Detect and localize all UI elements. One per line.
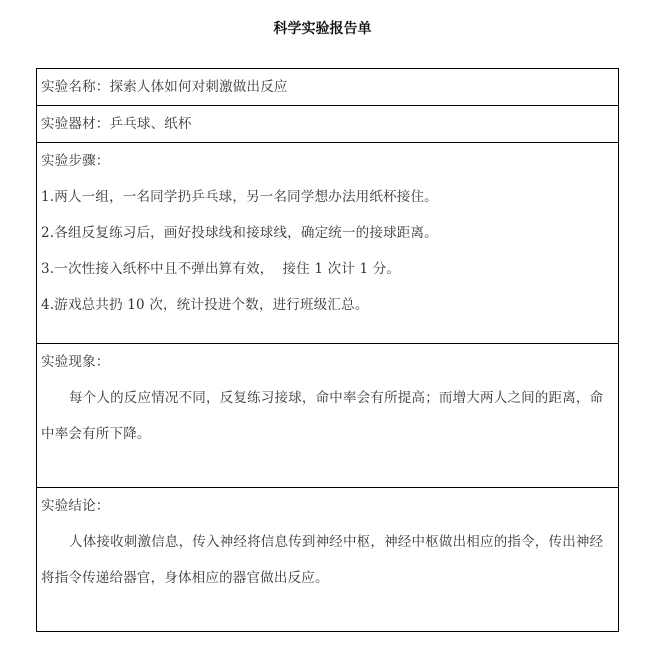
experiment-equipment-value: 乒乓球、纸杯 [110, 116, 192, 132]
experiment-steps-label: 实验步骤： [41, 143, 614, 179]
experiment-phenomenon-label: 实验现象： [41, 344, 614, 380]
experiment-conclusion-text: 人体接收刺激信息，传入神经将信息传到神经中枢，神经中枢做出相应的指令，传出神经将… [41, 524, 614, 596]
experiment-phenomenon-text: 每个人的反应情况不同，反复练习接球，命中率会有所提高；而增大两人之间的距离，命中… [41, 380, 614, 452]
experiment-conclusion-label: 实验结论： [41, 488, 614, 524]
experiment-equipment-label: 实验器材： [41, 116, 110, 132]
experiment-equipment-row: 实验器材：乒乓球、纸杯 [37, 106, 618, 143]
step-item-3: 3.一次性接入纸杯中且不弹出算有效， 接住 1 次计 1 分。 [41, 251, 614, 287]
experiment-phenomenon-row: 实验现象： 每个人的反应情况不同，反复练习接球，命中率会有所提高；而增大两人之间… [37, 344, 618, 488]
experiment-name-row: 实验名称：探索人体如何对刺激做出反应 [37, 69, 618, 106]
experiment-steps-row: 实验步骤： 1.两人一组，一名同学扔乒乓球，另一名同学想办法用纸杯接住。 2.各… [37, 143, 618, 344]
step-item-2: 2.各组反复练习后，画好投球线和接球线，确定统一的接球距离。 [41, 215, 614, 251]
experiment-name-label: 实验名称： [41, 79, 110, 95]
experiment-name-value: 探索人体如何对刺激做出反应 [110, 79, 288, 95]
step-item-1: 1.两人一组，一名同学扔乒乓球，另一名同学想办法用纸杯接住。 [41, 179, 614, 215]
report-table: 实验名称：探索人体如何对刺激做出反应 实验器材：乒乓球、纸杯 实验步骤： 1.两… [36, 68, 619, 632]
step-item-4: 4.游戏总共扔 10 次，统计投进个数，进行班级汇总。 [41, 287, 614, 323]
document-title: 科学实验报告单 [0, 19, 645, 39]
experiment-conclusion-row: 实验结论： 人体接收刺激信息，传入神经将信息传到神经中枢，神经中枢做出相应的指令… [37, 488, 618, 631]
